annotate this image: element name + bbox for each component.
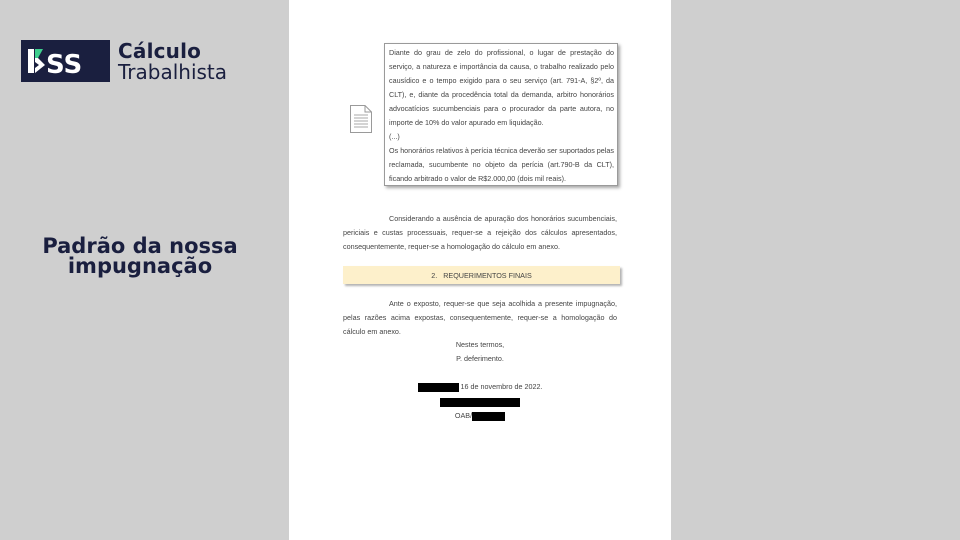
redacted-city [418, 383, 459, 392]
quoted-judgment-box: Diante do grau de zelo do profissional, … [384, 43, 618, 186]
quote-paragraph-2: Os honorários relativos à perícia técnic… [389, 144, 614, 186]
quote-paragraph-1: Diante do grau de zelo do profissional, … [389, 46, 614, 130]
redacted-name [440, 398, 520, 407]
right-panel [671, 0, 960, 540]
oab-line: OAB/ [343, 411, 617, 421]
brand-name-line1: Cálculo [118, 41, 227, 61]
date-line: 16 de novembro de 2022. [343, 382, 617, 392]
closing-deferimento: P. deferimento. [343, 354, 617, 363]
closing-nestes-termos: Nestes termos, [343, 340, 617, 349]
section-heading-text: 2. REQUERIMENTOS FINAIS [431, 271, 532, 280]
paragraph-ante-o-exposto: Ante o exposto, requer-se que seja acolh… [343, 297, 617, 340]
brand-logo: SS Cálculo Trabalhista [21, 40, 227, 82]
paragraph-considerando: Considerando a ausência de apuração dos … [343, 212, 617, 255]
slide-title-line1: Padrão da nossa [30, 236, 250, 256]
oab-label: OAB/ [455, 411, 472, 420]
document-icon [349, 104, 373, 139]
quote-ellipsis: (...) [389, 130, 614, 144]
slide-title-line2: impugnação [30, 256, 250, 276]
section-heading-requerimentos: 2. REQUERIMENTOS FINAIS [343, 266, 620, 284]
date-text: 16 de novembro de 2022. [459, 382, 543, 391]
kss-logo-mark: SS [21, 40, 110, 82]
kss-logo-icon: SS [21, 40, 110, 82]
svg-text:SS: SS [46, 50, 82, 80]
signature-line [343, 397, 617, 407]
brand-name-line2: Trabalhista [118, 62, 227, 82]
slide-title: Padrão da nossa impugnação [30, 236, 250, 276]
redacted-oab-number [472, 412, 505, 421]
